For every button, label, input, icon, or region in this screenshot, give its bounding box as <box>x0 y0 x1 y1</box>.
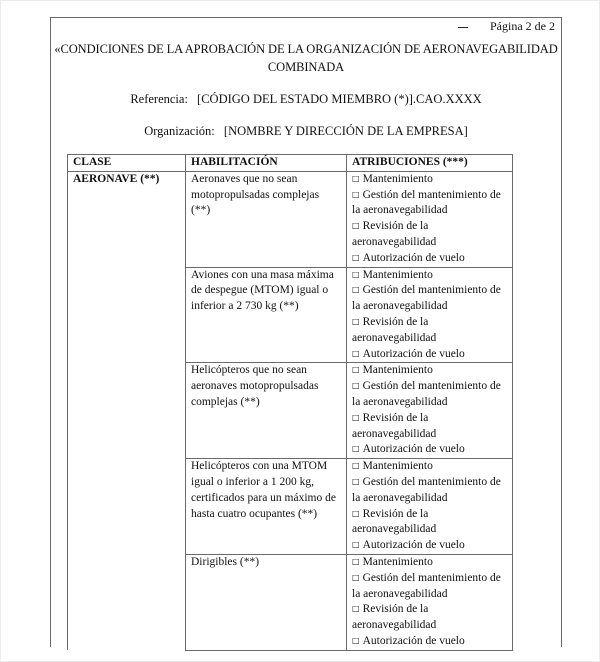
atribucion-line: aeronavegabilidad <box>352 331 507 347</box>
atribucion-line: □Revisión de la <box>352 507 507 523</box>
atribucion-line: □Autorización de vuelo <box>352 538 507 554</box>
header-atribuciones: ATRIBUCIONES (***) <box>347 155 513 172</box>
atribucion-line: aeronavegabilidad <box>352 618 507 634</box>
table-header-row: CLASE HABILITACIÓN ATRIBUCIONES (***) <box>68 155 513 172</box>
atribucion-text: Revisión de la <box>363 220 429 232</box>
atribucion-line: □Mantenimiento <box>352 172 507 188</box>
atribucion-text: aeronavegabilidad <box>352 428 436 440</box>
atribucion-line: □Autorización de vuelo <box>352 442 507 458</box>
atribucion-text: aeronavegabilidad <box>352 523 436 535</box>
atribucion-line: □Gestión del mantenimiento de <box>352 571 507 587</box>
atribucion-line: □Autorización de vuelo <box>352 251 507 267</box>
atribucion-line: □Mantenimiento <box>352 268 507 284</box>
atribucion-text: Mantenimiento <box>363 173 433 185</box>
atribucion-text: Revisión de la <box>363 412 429 424</box>
atribucion-line: aeronavegabilidad <box>352 522 507 538</box>
atribucion-line: □Gestión del mantenimiento de <box>352 475 507 491</box>
habilitacion-cell: Aeronaves que no sean motopropulsadas co… <box>186 171 347 267</box>
checkbox-icon[interactable]: □ <box>352 221 360 230</box>
atribucion-text: la aeronavegabilidad <box>352 204 447 216</box>
atribucion-text: Mantenimiento <box>363 556 433 568</box>
atribucion-line: □Mantenimiento <box>352 459 507 475</box>
organization-value: [NOMBRE Y DIRECCIÓN DE LA EMPRESA] <box>224 124 468 138</box>
checkbox-icon[interactable]: □ <box>352 381 360 390</box>
atribucion-line: □Mantenimiento <box>352 555 507 571</box>
header-clase: CLASE <box>68 155 186 172</box>
checkbox-icon[interactable]: □ <box>352 270 360 279</box>
atribucion-text: Mantenimiento <box>363 269 433 281</box>
checkbox-icon[interactable]: □ <box>352 365 360 374</box>
dash-mark <box>458 27 468 28</box>
atribuciones-cell: □Mantenimiento□Gestión del mantenimiento… <box>347 363 513 459</box>
habilitacion-cell: Helicópteros que no sean aeronaves motop… <box>186 363 347 459</box>
atribucion-text: la aeronavegabilidad <box>352 492 447 504</box>
atribucion-line: □Autorización de vuelo <box>352 634 507 650</box>
atribucion-line: aeronavegabilidad <box>352 235 507 251</box>
atribuciones-cell: □Mantenimiento□Gestión del mantenimiento… <box>347 554 513 650</box>
atribucion-line: □Mantenimiento <box>352 363 507 379</box>
atribucion-text: la aeronavegabilidad <box>352 588 447 600</box>
checkbox-icon[interactable]: □ <box>352 540 360 549</box>
checkbox-icon[interactable]: □ <box>352 190 360 199</box>
page-number-label: Página 2 de 2 <box>490 19 555 34</box>
atribucion-line: la aeronavegabilidad <box>352 299 507 315</box>
atribucion-text: la aeronavegabilidad <box>352 300 447 312</box>
organization-line: Organización: [NOMBRE Y DIRECCIÓN DE LA … <box>51 124 561 139</box>
checkbox-icon[interactable]: □ <box>352 509 360 518</box>
page-header: Página 2 de 2 <box>458 19 555 34</box>
title-line-1: «CONDICIONES DE LA APROBACIÓN DE LA ORGA… <box>51 40 561 58</box>
atribucion-text: Autorización de vuelo <box>363 443 465 455</box>
checkbox-icon[interactable]: □ <box>352 253 360 262</box>
atribucion-line: la aeronavegabilidad <box>352 587 507 603</box>
atribucion-line: □Autorización de vuelo <box>352 347 507 363</box>
atribucion-text: aeronavegabilidad <box>352 332 436 344</box>
atribucion-text: aeronavegabilidad <box>352 236 436 248</box>
checkbox-icon[interactable]: □ <box>352 444 360 453</box>
atribucion-text: Mantenimiento <box>363 364 433 376</box>
header-habilitacion: HABILITACIÓN <box>186 155 347 172</box>
atribucion-text: Gestión del mantenimiento de <box>363 380 501 392</box>
atribucion-text: Gestión del mantenimiento de <box>363 284 501 296</box>
atribuciones-cell: □Mantenimiento□Gestión del mantenimiento… <box>347 171 513 267</box>
atribucion-text: Mantenimiento <box>363 460 433 472</box>
checkbox-icon[interactable]: □ <box>352 477 360 486</box>
atribucion-line: □Revisión de la <box>352 602 507 618</box>
checkbox-icon[interactable]: □ <box>352 349 360 358</box>
atribucion-text: Autorización de vuelo <box>363 252 465 264</box>
atribucion-text: Autorización de vuelo <box>363 539 465 551</box>
checkbox-icon[interactable]: □ <box>352 174 360 183</box>
checkbox-icon[interactable]: □ <box>352 557 360 566</box>
conditions-table: CLASE HABILITACIÓN ATRIBUCIONES (***) AE… <box>67 154 513 651</box>
atribuciones-cell: □Mantenimiento□Gestión del mantenimiento… <box>347 267 513 363</box>
atribucion-line: la aeronavegabilidad <box>352 203 507 219</box>
habilitacion-cell: Helicópteros con una MTOM igual o inferi… <box>186 459 347 555</box>
habilitacion-cell: Dirigibles (**) <box>186 554 347 650</box>
atribucion-text: Autorización de vuelo <box>363 348 465 360</box>
checkbox-icon[interactable]: □ <box>352 604 360 613</box>
atribucion-text: Revisión de la <box>363 316 429 328</box>
atribucion-line: □Gestión del mantenimiento de <box>352 188 507 204</box>
clase-cell: AERONAVE (**) <box>68 171 186 650</box>
atribucion-line: □Revisión de la <box>352 219 507 235</box>
atribucion-line: □Gestión del mantenimiento de <box>352 283 507 299</box>
checkbox-icon[interactable]: □ <box>352 461 360 470</box>
document-title: «CONDICIONES DE LA APROBACIÓN DE LA ORGA… <box>51 40 561 76</box>
checkbox-icon[interactable]: □ <box>352 636 360 645</box>
atribucion-text: la aeronavegabilidad <box>352 396 447 408</box>
checkbox-icon[interactable]: □ <box>352 285 360 294</box>
atribucion-line: □Revisión de la <box>352 315 507 331</box>
reference-value: [CÓDIGO DEL ESTADO MIEMBRO (*)].CAO.XXXX <box>197 92 482 106</box>
habilitacion-cell: Aviones con una masa máxima de despegue … <box>186 267 347 363</box>
organization-label: Organización: <box>144 124 215 138</box>
atribucion-line: □Revisión de la <box>352 411 507 427</box>
atribucion-line: aeronavegabilidad <box>352 427 507 443</box>
atribucion-text: aeronavegabilidad <box>352 619 436 631</box>
title-line-2: COMBINADA <box>51 58 561 76</box>
atribucion-line: la aeronavegabilidad <box>352 395 507 411</box>
atribucion-line: □Gestión del mantenimiento de <box>352 379 507 395</box>
atribucion-line: la aeronavegabilidad <box>352 491 507 507</box>
table-row: AERONAVE (**)Aeronaves que no sean motop… <box>68 171 513 267</box>
atribucion-text: Gestión del mantenimiento de <box>363 189 501 201</box>
reference-label: Referencia: <box>130 92 188 106</box>
checkbox-icon[interactable]: □ <box>352 573 360 582</box>
checkbox-icon[interactable]: □ <box>352 413 360 422</box>
atribucion-text: Gestión del mantenimiento de <box>363 572 501 584</box>
reference-line: Referencia: [CÓDIGO DEL ESTADO MIEMBRO (… <box>51 92 561 107</box>
atribucion-text: Revisión de la <box>363 508 429 520</box>
atribucion-text: Revisión de la <box>363 603 429 615</box>
atribucion-text: Autorización de vuelo <box>363 635 465 647</box>
atribuciones-cell: □Mantenimiento□Gestión del mantenimiento… <box>347 459 513 555</box>
checkbox-icon[interactable]: □ <box>352 317 360 326</box>
atribucion-text: Gestión del mantenimiento de <box>363 476 501 488</box>
